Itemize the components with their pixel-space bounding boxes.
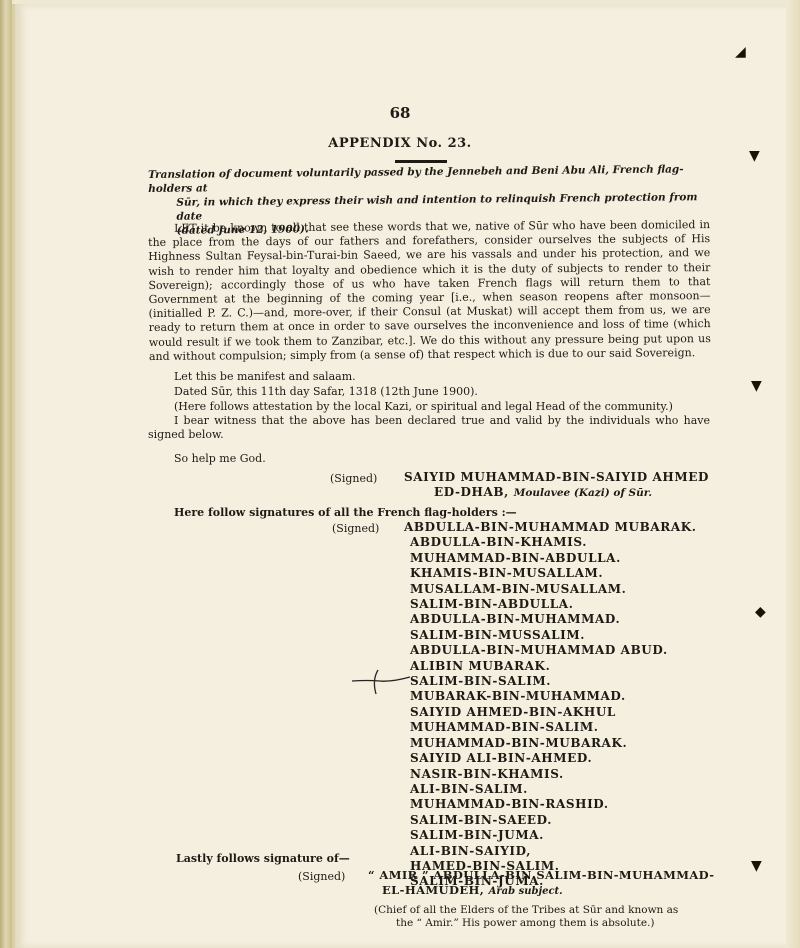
declaration-text: LET it be known to all that see these wo… bbox=[148, 218, 711, 364]
signatory: MUHAMMAD-BIN-MUBARAK. bbox=[410, 736, 697, 751]
chief-note: (Chief of all the Elders of the Tribes a… bbox=[374, 904, 678, 930]
signatory: SALIM-BIN-SAEED. bbox=[410, 813, 697, 828]
ink-blot-icon: ◆ bbox=[755, 604, 766, 620]
signatory: MUBARAK-BIN-MUHAMMAD. bbox=[410, 689, 697, 704]
signatory: ABDULLA-BIN-KHAMIS. bbox=[410, 535, 697, 550]
signatory: ALI-BIN-SALIM. bbox=[410, 782, 697, 797]
appendix-heading: APPENDIX No. 23. bbox=[0, 136, 800, 151]
chief-note-line-2: the “ Amir.” His power among them is abs… bbox=[374, 917, 678, 930]
kazi-name-line-2: ED-DHAB, bbox=[434, 485, 509, 499]
manifest-line: Let this be manifest and salaam. bbox=[174, 370, 356, 384]
lastly-text: Lastly follows signature of— bbox=[176, 852, 350, 865]
handwritten-mark-icon bbox=[352, 668, 412, 696]
page-number: 68 bbox=[0, 104, 800, 122]
signatory: KHAMIS-BIN-MUSALLAM. bbox=[410, 566, 697, 581]
ink-blot-icon: ◢ bbox=[735, 44, 746, 60]
signatory: ALIBIN MUBARAK. bbox=[410, 659, 697, 674]
amir-name-line-1: “ AMIR ” ABDULLA-BIN SALIM-BIN-MUHAMMAD- bbox=[368, 868, 714, 882]
signatory: MUHAMMAD-BIN-SALIM. bbox=[410, 720, 697, 735]
signatory-list: ABDULLA-BIN-MUHAMMAD MUBARAK. ABDULLA-BI… bbox=[410, 520, 697, 890]
follow-signatures-text: Here follow signatures of all the French… bbox=[174, 506, 517, 519]
declaration-paragraph: LET it be known to all that see these wo… bbox=[148, 218, 711, 364]
signatory: SALIM-BIN-JUMA. bbox=[410, 828, 697, 843]
signatory: SAIYID AHMED-BIN-AKHUL bbox=[410, 705, 697, 720]
ink-blot-icon: ▼ bbox=[749, 148, 760, 164]
kazi-name-line-1: SAIYID MUHAMMAD-BIN-SAIYID AHMED bbox=[404, 470, 709, 484]
chief-note-line-1: (Chief of all the Elders of the Tribes a… bbox=[374, 904, 678, 916]
ink-blot-icon: ▼ bbox=[751, 858, 762, 874]
oath-line: So help me God. bbox=[174, 452, 266, 466]
signatory: ABDULLA-BIN-MUHAMMAD MUBARAK. bbox=[404, 520, 697, 535]
signatory: MUHAMMAD-BIN-ABDULLA. bbox=[410, 551, 697, 566]
dated-line: Dated Sūr, this 11th day Safar, 1318 (12… bbox=[174, 385, 478, 399]
amir-signature: “ AMIR ” ABDULLA-BIN SALIM-BIN-MUHAMMAD-… bbox=[368, 868, 714, 899]
amir-subject: Arab subject. bbox=[489, 886, 563, 897]
signatory: MUHAMMAD-BIN-RASHID. bbox=[410, 797, 697, 812]
signatory: SAIYID ALI-BIN-AHMED. bbox=[410, 751, 697, 766]
signatory: SALIM-BIN-ABDULLA. bbox=[410, 597, 697, 612]
signed-label-kazi: (Signed) bbox=[330, 472, 377, 485]
signatory: MUSALLAM-BIN-MUSALLAM. bbox=[410, 582, 697, 597]
ink-blot-icon: ▼ bbox=[751, 378, 762, 394]
amir-name-line-2: EL-HAMUDEH, bbox=[382, 883, 484, 897]
signatory: NASIR-BIN-KHAMIS. bbox=[410, 767, 697, 782]
signatory: ALI-BIN-SAIYID, bbox=[410, 844, 697, 859]
kazi-title: Moulavee (Kazi) of Sūr. bbox=[514, 487, 652, 499]
signatory: SALIM-BIN-SALIM. bbox=[410, 674, 697, 689]
heading-rule bbox=[395, 160, 447, 163]
kazi-signature: SAIYID MUHAMMAD-BIN-SAIYID AHMED ED-DHAB… bbox=[404, 470, 709, 501]
signatory: ABDULLA-BIN-MUHAMMAD. bbox=[410, 612, 697, 627]
witness-statement: I bear witness that the above has been d… bbox=[148, 414, 710, 442]
signatory: ABDULLA-BIN-MUHAMMAD ABUD. bbox=[410, 643, 697, 658]
attestation-note: (Here follows attestation by the local K… bbox=[174, 400, 673, 414]
signed-label-amir: (Signed) bbox=[298, 870, 345, 883]
signatory: SALIM-BIN-MUSSALIM. bbox=[410, 628, 697, 643]
signed-label-flag-holders: (Signed) bbox=[332, 522, 379, 535]
